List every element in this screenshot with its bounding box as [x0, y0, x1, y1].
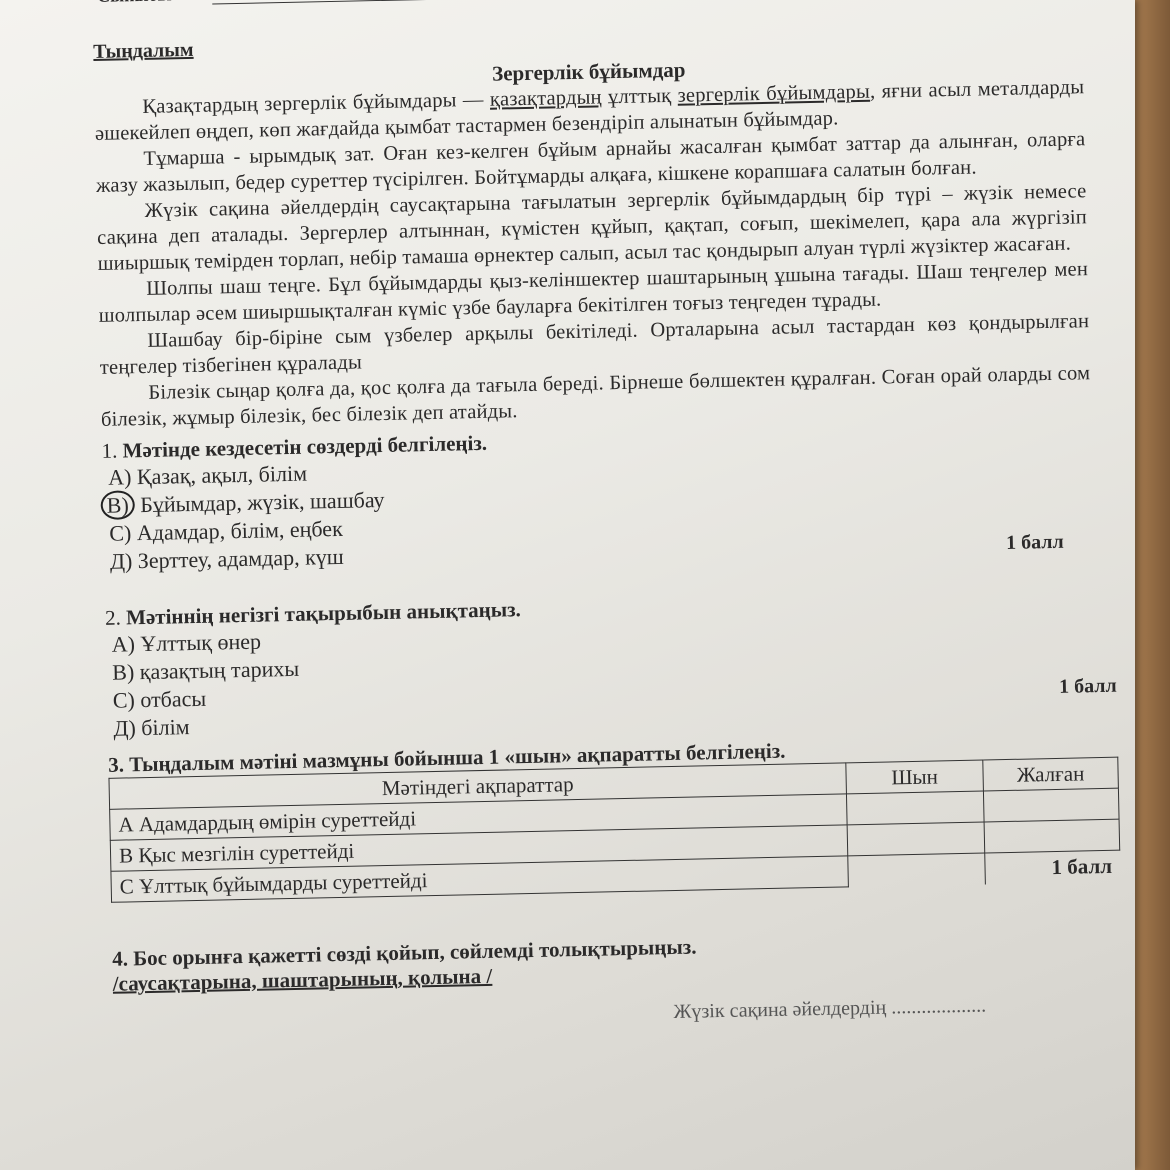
row-b-true-cell[interactable] [847, 822, 985, 856]
class-label: Сыныбы [97, 0, 172, 7]
answer-circle: В) [100, 490, 135, 520]
row-b-false-cell[interactable] [984, 819, 1120, 853]
worksheet-content: Сыныбы Тыңдалым Зергерлік бұйымдар Қазақ… [92, 0, 1104, 1036]
row-a-false-cell[interactable] [983, 788, 1119, 822]
row-a-true-cell[interactable] [846, 791, 984, 825]
col-header-false: Жалған [983, 757, 1119, 791]
row-c-true-cell[interactable] [848, 853, 986, 887]
q1-score: 1 балл [1006, 528, 1064, 557]
worksheet-page: Сыныбы Тыңдалым Зергерлік бұйымдар Қазақ… [0, 0, 1135, 1170]
true-false-table: Мәтіндегі ақпараттар Шын Жалған А Адамда… [108, 757, 1120, 903]
row-c-false-cell[interactable]: 1 балл [985, 850, 1121, 884]
class-line: Сыныбы [212, 0, 1092, 4]
col-header-true: Шын [846, 760, 984, 794]
task-4-sentence[interactable]: Жүзік сақина әйелдердің ................… [673, 992, 1103, 1024]
